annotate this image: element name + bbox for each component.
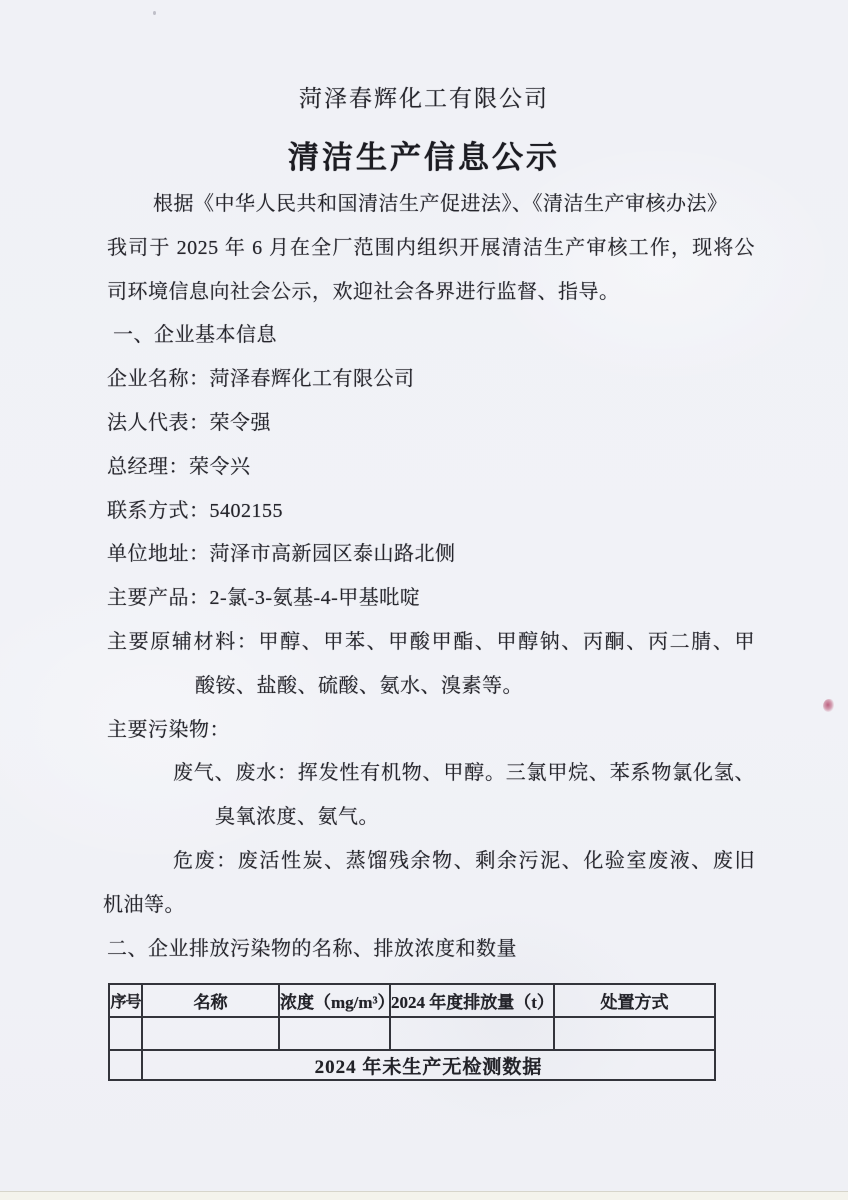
scanned-document-page: 菏泽春辉化工有限公司 清洁生产信息公示 根据《中华人民共和国清洁生产促进法》、《… <box>0 0 848 1200</box>
scan-speck <box>153 11 156 15</box>
table-header-row: 序号 名称 浓度（mg/m³） 2024 年度排放量（t） 处置方式 <box>109 984 715 1017</box>
table-cell-empty <box>109 1017 142 1050</box>
table-cell-empty <box>390 1017 554 1050</box>
scan-bottom-edge <box>0 1191 848 1200</box>
emissions-table: 序号 名称 浓度（mg/m³） 2024 年度排放量（t） 处置方式 2024 … <box>108 983 716 1081</box>
table-header-disposal: 处置方式 <box>554 984 715 1017</box>
section1-heading: 一、企业基本信息 <box>107 314 755 358</box>
raw-materials-line: 主要原辅材料：甲醇、甲苯、甲酸甲酯、甲醇钠、丙酮、丙二腈、甲 <box>107 621 755 665</box>
table-cell-empty <box>554 1017 715 1050</box>
hazardous-waste-line: 危废：废活性炭、蒸馏残余物、剩余污泥、化验室废液、废旧 <box>107 840 755 884</box>
table-header-concentration: 浓度（mg/m³） <box>279 984 390 1017</box>
general-manager-line: 总经理：荣令兴 <box>107 446 755 490</box>
table-note-cell: 2024 年未生产无检测数据 <box>142 1050 715 1080</box>
raw-materials-line: 酸铵、盐酸、硫酸、氨水、溴素等。 <box>107 665 755 709</box>
company-name-line: 企业名称：菏泽春辉化工有限公司 <box>107 358 755 402</box>
main-product-line: 主要产品：2-氯-3-氨基-4-甲基吡啶 <box>107 577 755 621</box>
address-line: 单位地址：菏泽市高新园区泰山路北侧 <box>107 533 755 577</box>
table-header-annual-emission: 2024 年度排放量（t） <box>390 984 554 1017</box>
hazardous-waste-line: 机油等。 <box>103 884 755 928</box>
document-title: 清洁生产信息公示 <box>0 138 848 178</box>
pollutant-line: 废气、废水：挥发性有机物、甲醇。三氯甲烷、苯系物氯化氢、 <box>107 752 755 796</box>
document-body: 根据《中华人民共和国清洁生产促进法》、《清洁生产审核办法》 我司于 2025 年… <box>107 183 755 1081</box>
table-header-index: 序号 <box>109 984 142 1017</box>
contact-line: 联系方式：5402155 <box>107 490 755 534</box>
table-cell-empty <box>142 1017 279 1050</box>
intro-line: 根据《中华人民共和国清洁生产促进法》、《清洁生产审核办法》 <box>107 183 755 227</box>
company-title: 菏泽春辉化工有限公司 <box>0 84 848 114</box>
table-empty-row <box>109 1017 715 1050</box>
section2-heading: 二、企业排放污染物的名称、排放浓度和数量 <box>107 928 755 972</box>
table-cell-empty <box>279 1017 390 1050</box>
intro-line: 我司于 2025 年 6 月在全厂范围内组织开展清洁生产审核工作，现将公 <box>107 227 755 271</box>
pollutants-heading: 主要污染物： <box>107 709 755 753</box>
pink-ink-blot <box>823 699 834 712</box>
table-cell-empty <box>109 1050 142 1080</box>
table-note-row: 2024 年未生产无检测数据 <box>109 1050 715 1080</box>
legal-rep-line: 法人代表：荣令强 <box>107 402 755 446</box>
pollutant-line: 臭氧浓度、氨气。 <box>107 796 755 840</box>
table-header-name: 名称 <box>142 984 279 1017</box>
intro-line: 司环境信息向社会公示，欢迎社会各界进行监督、指导。 <box>107 271 755 315</box>
